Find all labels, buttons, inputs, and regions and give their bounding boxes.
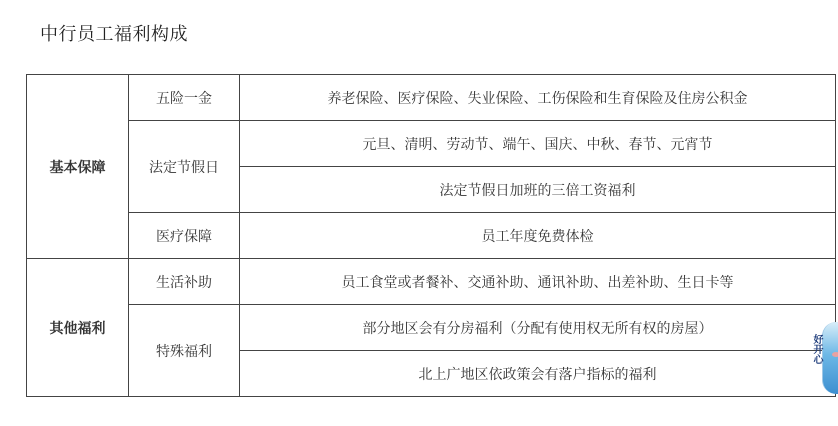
table-row: 医疗保障 员工年度免费体检 [27,213,836,259]
subcategory-cell: 五险一金 [129,75,240,121]
detail-cell: 北上广地区依政策会有落户指标的福利 [240,351,836,397]
table-row: 其他福利 生活补助 员工食堂或者餐补、交通补助、通讯补助、出差补助、生日卡等 [27,259,836,305]
page-title: 中行员工福利构成 [40,20,188,46]
table-row: 基本保障 五险一金 养老保险、医疗保险、失业保险、工伤保险和生育保险及住房公积金 [27,75,836,121]
subcategory-cell: 法定节假日 [129,121,240,213]
benefits-table: 基本保障 五险一金 养老保险、医疗保险、失业保险、工伤保险和生育保险及住房公积金… [26,74,836,397]
detail-cell: 员工年度免费体检 [240,213,836,259]
detail-cell: 元旦、清明、劳动节、端午、国庆、中秋、春节、元宵节 [240,121,836,167]
detail-cell: 养老保险、医疗保险、失业保险、工伤保险和生育保险及住房公积金 [240,75,836,121]
subcategory-cell: 医疗保障 [129,213,240,259]
detail-cell: 员工食堂或者餐补、交通补助、通讯补助、出差补助、生日卡等 [240,259,836,305]
detail-cell: 部分地区会有分房福利（分配有使用权无所有权的房屋） [240,305,836,351]
subcategory-cell: 生活补助 [129,259,240,305]
subcategory-cell: 特殊福利 [129,305,240,397]
category-cell: 其他福利 [27,259,129,397]
detail-cell: 法定节假日加班的三倍工资福利 [240,167,836,213]
table-row: 特殊福利 部分地区会有分房福利（分配有使用权无所有权的房屋） [27,305,836,351]
table-row: 法定节假日 元旦、清明、劳动节、端午、国庆、中秋、春节、元宵节 [27,121,836,167]
category-cell: 基本保障 [27,75,129,259]
